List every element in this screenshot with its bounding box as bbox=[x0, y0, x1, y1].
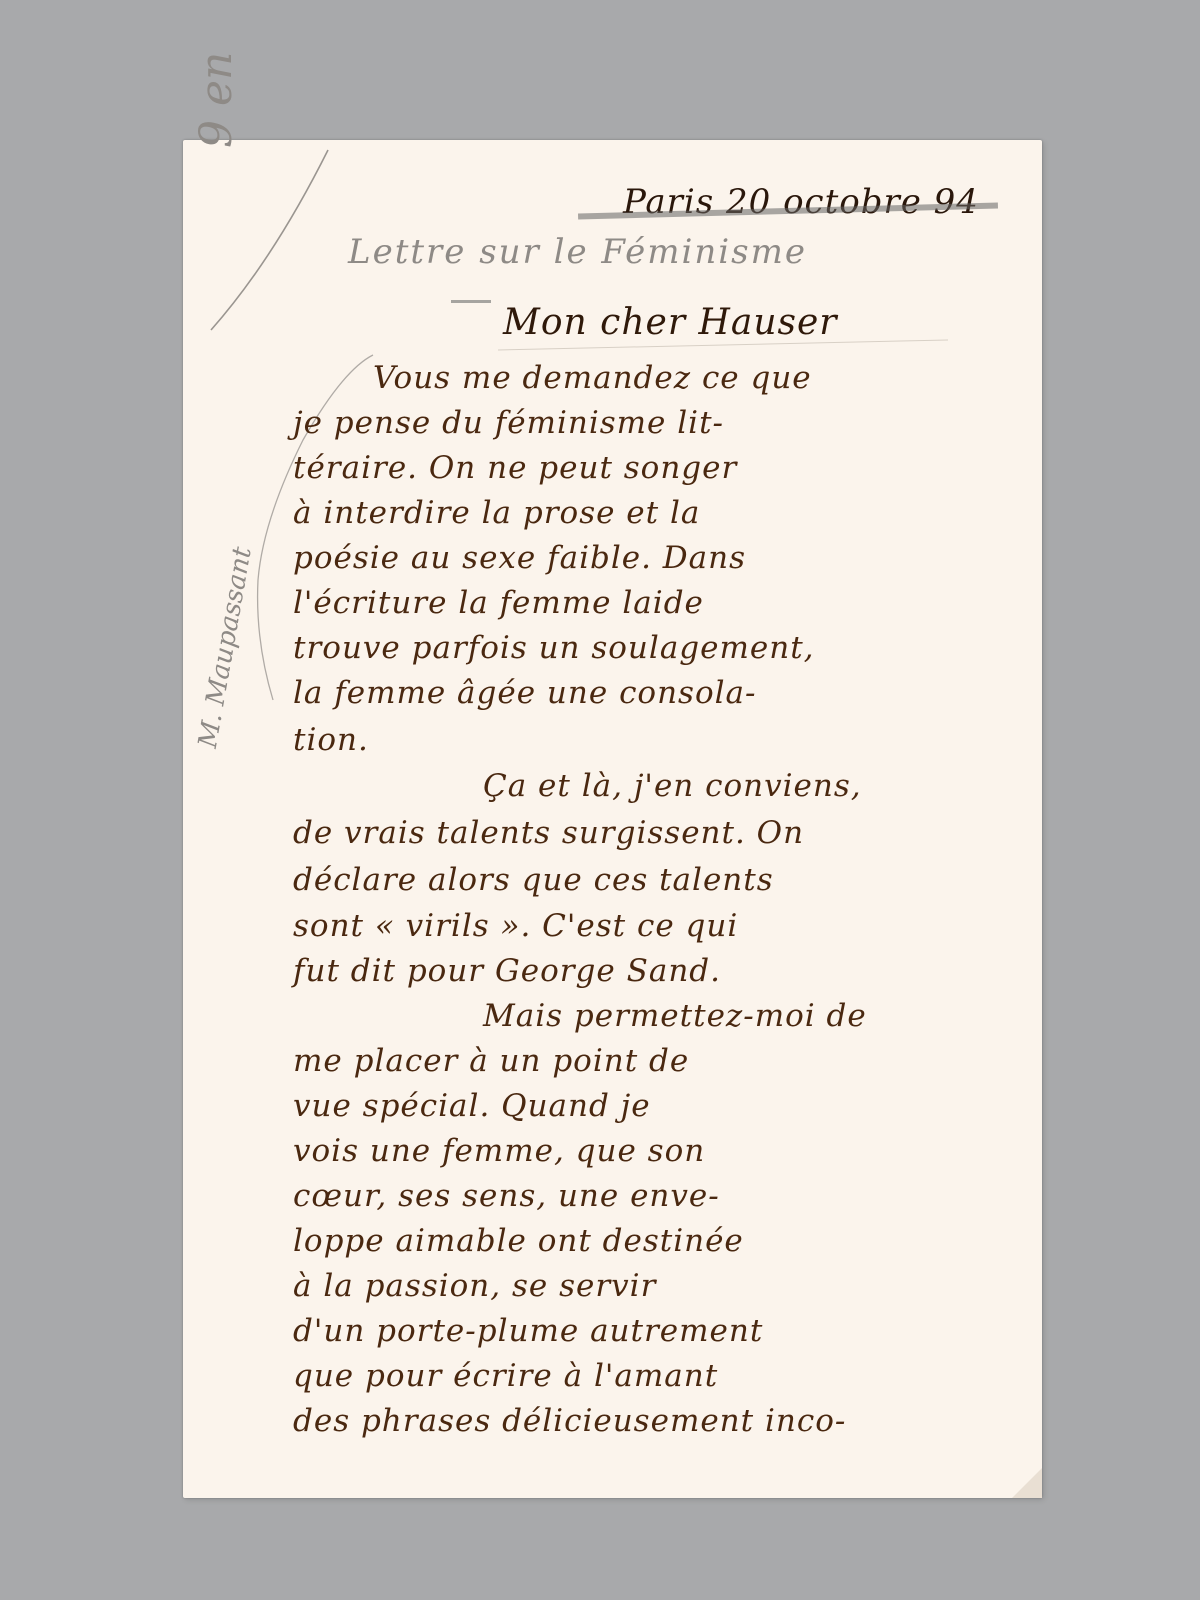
folded-corner bbox=[1012, 1468, 1042, 1498]
letter-line: vue spécial. Quand je bbox=[293, 1088, 1013, 1124]
letter-line: sont « virils ». C'est ce qui bbox=[293, 908, 1013, 944]
letter-line: à interdire la prose et la bbox=[293, 495, 1013, 531]
salutation: Mon cher Hauser bbox=[503, 302, 838, 343]
letter-line: Ça et là, j'en conviens, bbox=[483, 768, 1013, 804]
letter-line: loppe aimable ont destinée bbox=[293, 1223, 1013, 1259]
letter-line: tion. bbox=[293, 722, 1013, 758]
margin-note-top: 9 en bbox=[191, 52, 242, 148]
letter-line: d'un porte-plume autrement bbox=[293, 1313, 1013, 1349]
letter-line: à la passion, se servir bbox=[293, 1268, 1013, 1304]
letter-line: vois une femme, que son bbox=[293, 1133, 1013, 1169]
letter-line: que pour écrire à l'amant bbox=[293, 1358, 1013, 1394]
letter-line: des phrases délicieusement inco- bbox=[293, 1403, 1013, 1439]
letter-line: de vrais talents surgissent. On bbox=[293, 815, 1013, 851]
letter-line: Mais permettez-moi de bbox=[483, 998, 1013, 1034]
letter-line: la femme âgée une consola- bbox=[293, 675, 1013, 711]
letter-line: déclare alors que ces talents bbox=[293, 862, 1013, 898]
letter-line: trouve parfois un soulagement, bbox=[293, 630, 1013, 666]
letter-line: l'écriture la femme laide bbox=[293, 585, 1013, 621]
letter-line: poésie au sexe faible. Dans bbox=[293, 540, 1013, 576]
letter-line: me placer à un point de bbox=[293, 1043, 1013, 1079]
letter-line: je pense du féminisme lit- bbox=[293, 405, 1013, 441]
letter-line: Vous me demandez ce que bbox=[373, 360, 1013, 396]
letter-line: fut dit pour George Sand. bbox=[293, 953, 1013, 989]
letter-line: cœur, ses sens, une enve- bbox=[293, 1178, 1013, 1214]
letter-line: téraire. On ne peut songer bbox=[293, 450, 1013, 486]
letter-page: 9 en M. Maupassant Paris 20 octobre 94 L… bbox=[183, 140, 1042, 1498]
margin-note-side: M. Maupassant bbox=[193, 545, 258, 751]
title-underline bbox=[451, 300, 491, 303]
pencil-title: Lettre sur le Féminisme bbox=[348, 232, 807, 272]
